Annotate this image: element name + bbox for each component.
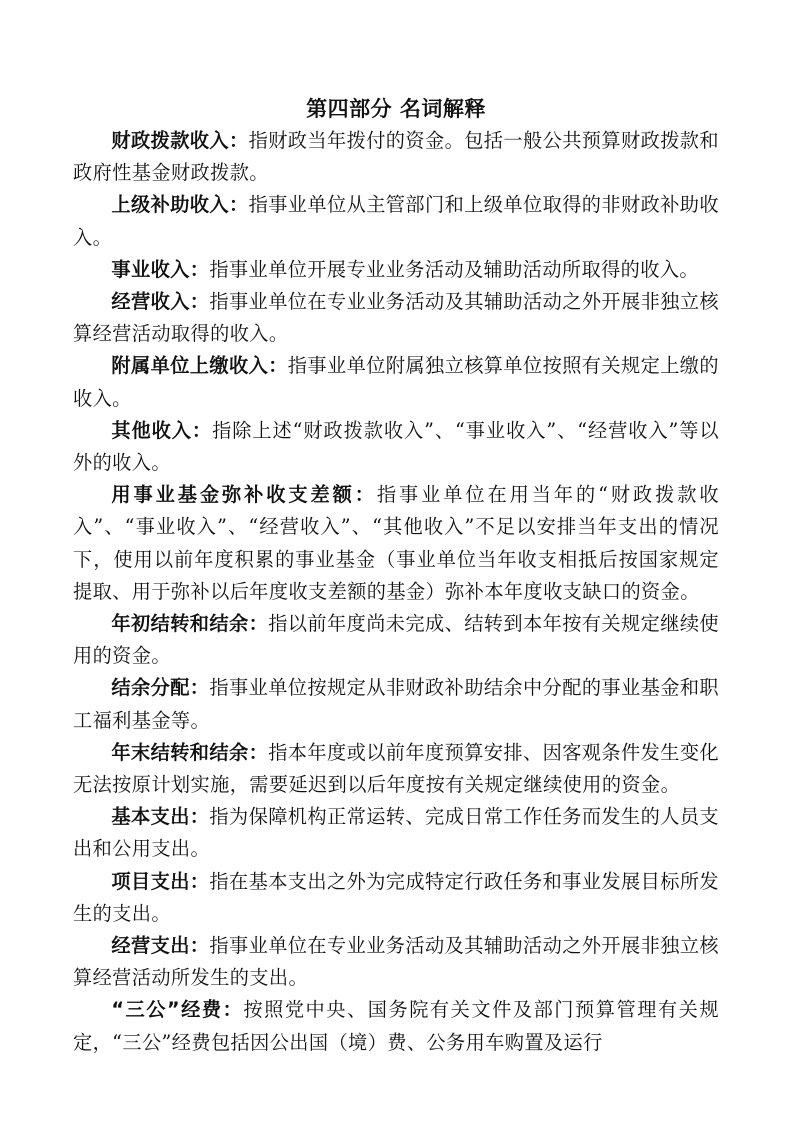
entry-business-income: 事业收入：指事业单位开展专业业务活动及辅助活动所取得的收入。 <box>73 254 719 286</box>
entry-business-fund-offset: 用事业基金弥补收支差额：指事业单位在用当年的“财政拨款收入”、“事业收入”、“经… <box>73 479 719 608</box>
entry-beginning-carryover: 年初结转和结余：指以前年度尚未完成、结转到本年按有关规定继续使用的资金。 <box>73 608 719 672</box>
term: 上级补助收入： <box>111 193 248 216</box>
document-page: 第四部分 名词解释 财政拨款收入：指财政当年拨付的资金。包括一般公共预算财政拨款… <box>73 93 719 1059</box>
entry-operating-expenditure: 经营支出：指事业单位在专业业务活动及其辅助活动之外开展非独立核算经营活动所发生的… <box>73 930 719 994</box>
entry-basic-expenditure: 基本支出：指为保障机构正常运转、完成日常工作任务而发生的人员支出和公用支出。 <box>73 801 719 865</box>
term: 年初结转和结余： <box>111 612 268 635</box>
term: 财政拨款收入： <box>111 129 248 152</box>
term: 年末结转和结余： <box>111 741 268 764</box>
term: 事业收入： <box>111 258 209 281</box>
term: 经营支出： <box>111 934 209 957</box>
term: 附属单位上缴收入： <box>111 354 287 377</box>
entry-surplus-distribution: 结余分配：指事业单位按规定从非财政补助结余中分配的事业基金和职工福利基金等。 <box>73 672 719 736</box>
entry-fiscal-appropriation-income: 财政拨款收入：指财政当年拨付的资金。包括一般公共预算财政拨款和政府性基金财政拨款… <box>73 125 719 189</box>
entry-three-public-expenses: “三公”经费：按照党中央、国务院有关文件及部门预算管理有关规定，“三公”经费包括… <box>73 994 719 1058</box>
entry-year-end-carryover: 年末结转和结余：指本年度或以前年度预算安排、因客观条件发生变化无法按原计划实施，… <box>73 737 719 801</box>
term: 用事业基金弥补收支差额： <box>111 483 377 506</box>
term: “三公”经费： <box>111 998 243 1021</box>
term: 结余分配： <box>111 676 209 699</box>
term: 经营收入： <box>111 290 209 313</box>
term: 其他收入： <box>111 419 212 442</box>
page-title: 第四部分 名词解释 <box>73 93 719 125</box>
entry-operating-income: 经营收入：指事业单位在专业业务活动及其辅助活动之外开展非独立核算经营活动取得的收… <box>73 286 719 350</box>
term: 基本支出： <box>111 805 209 828</box>
entry-superior-subsidy-income: 上级补助收入：指事业单位从主管部门和上级单位取得的非财政补助收入。 <box>73 189 719 253</box>
entry-project-expenditure: 项目支出：指在基本支出之外为完成特定行政任务和事业发展目标所发生的支出。 <box>73 866 719 930</box>
term: 项目支出： <box>111 870 209 893</box>
entry-other-income: 其他收入：指除上述“财政拨款收入”、“事业收入”、“经营收入”等以外的收入。 <box>73 415 719 479</box>
definition: 指事业单位开展专业业务活动及辅助活动所取得的收入。 <box>209 258 699 281</box>
entry-affiliated-unit-remittance: 附属单位上缴收入：指事业单位附属独立核算单位按照有关规定上缴的收入。 <box>73 350 719 414</box>
